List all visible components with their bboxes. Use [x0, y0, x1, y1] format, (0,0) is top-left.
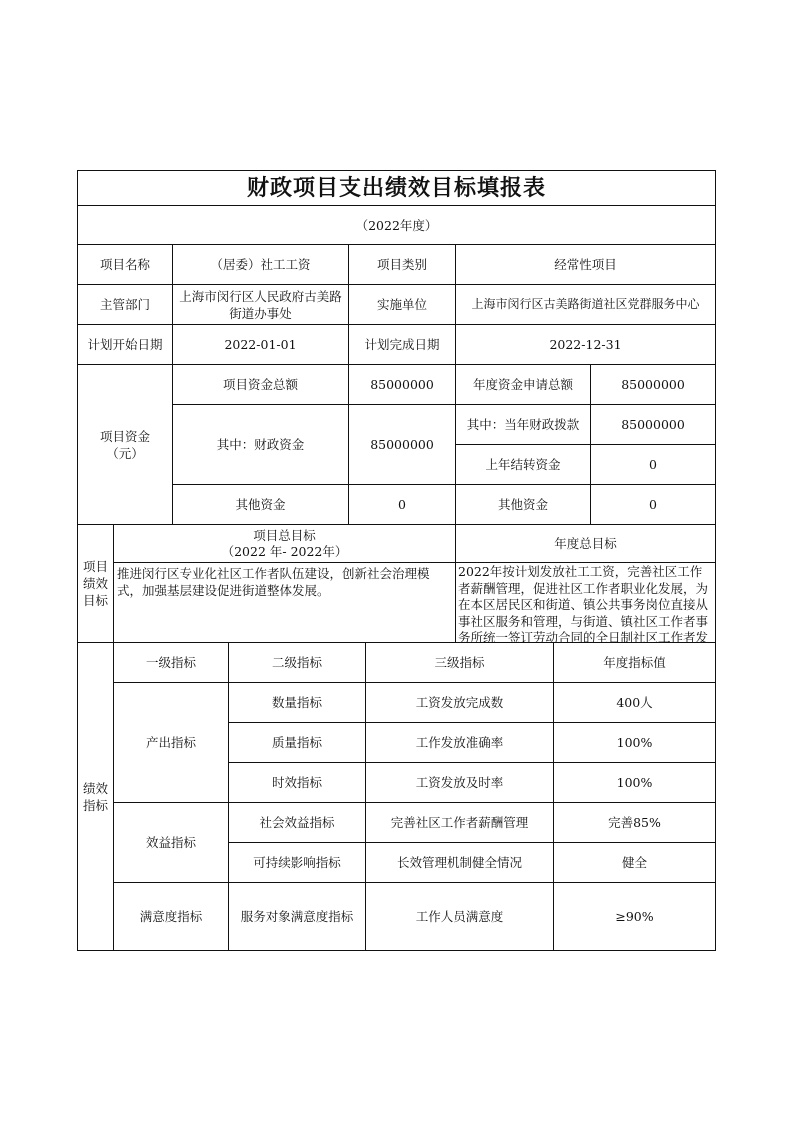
- value-cell: 健全: [553, 842, 716, 883]
- year-label: （2022年度）: [77, 205, 716, 245]
- value-cell: 完善85%: [553, 802, 716, 843]
- level3-cell: 工资发放及时率: [365, 762, 554, 803]
- level2-cell: 社会效益指标: [228, 802, 366, 843]
- goals-section-label: 项目绩效目标: [77, 524, 114, 643]
- annual-request-label: 年度资金申请总额: [455, 364, 591, 405]
- project-name-label: 项目名称: [77, 244, 173, 285]
- overall-goal-text: 推进闵行区专业化社区工作者队伍建设，创新社会治理模式，加强基层建设促进街道整体发…: [113, 562, 456, 643]
- level2-cell: 服务对象满意度指标: [228, 882, 366, 951]
- header-level3: 三级指标: [365, 642, 554, 683]
- overall-goal-header: 项目总目标 （2022 年- 2022年）: [113, 524, 456, 563]
- impl-value: 上海市闵行区古美路街道社区党群服务中心: [455, 284, 716, 325]
- annual-goal-header: 年度总目标: [455, 524, 716, 563]
- dept-value: 上海市闵行区人民政府古美路街道办事处: [172, 284, 349, 325]
- performance-target-form: 财政项目支出绩效目标填报表 （2022年度） 项目名称 （居委）社工工资 项目类…: [0, 0, 793, 1122]
- level3-cell: 工资发放完成数: [365, 682, 554, 723]
- start-date-label: 计划开始日期: [77, 324, 173, 365]
- header-level2: 二级指标: [228, 642, 366, 683]
- start-date-value: 2022-01-01: [172, 324, 349, 365]
- end-date-value: 2022-12-31: [455, 324, 716, 365]
- level3-cell: 工作发放准确率: [365, 722, 554, 763]
- project-type-value: 经常性项目: [455, 244, 716, 285]
- level3-cell: 工作人员满意度: [365, 882, 554, 951]
- total-funding-label: 项目资金总额: [172, 364, 349, 405]
- other-funding-label-2: 其他资金: [455, 484, 591, 525]
- level2-cell: 数量指标: [228, 682, 366, 723]
- funding-section-label: 项目资金 （元）: [77, 364, 173, 525]
- level1-output: 产出指标: [113, 682, 229, 803]
- value-cell: 100%: [553, 722, 716, 763]
- other-funding-value-2: 0: [590, 484, 716, 525]
- total-funding-value: 85000000: [348, 364, 456, 405]
- carryover-label: 上年结转资金: [455, 444, 591, 485]
- fiscal-funding-label: 其中：财政资金: [172, 404, 349, 485]
- current-fiscal-value: 85000000: [590, 404, 716, 445]
- value-cell: 400人: [553, 682, 716, 723]
- other-funding-value: 0: [348, 484, 456, 525]
- end-date-label: 计划完成日期: [348, 324, 456, 365]
- value-cell: ≥90%: [553, 882, 716, 951]
- level2-cell: 可持续影响指标: [228, 842, 366, 883]
- impl-label: 实施单位: [348, 284, 456, 325]
- header-level1: 一级指标: [113, 642, 229, 683]
- other-funding-label: 其他资金: [172, 484, 349, 525]
- level3-cell: 完善社区工作者薪酬管理: [365, 802, 554, 843]
- form-title: 财政项目支出绩效目标填报表: [77, 170, 716, 206]
- value-cell: 100%: [553, 762, 716, 803]
- level3-cell: 长效管理机制健全情况: [365, 842, 554, 883]
- level2-cell: 质量指标: [228, 722, 366, 763]
- annual-request-value: 85000000: [590, 364, 716, 405]
- project-type-label: 项目类别: [348, 244, 456, 285]
- current-fiscal-label: 其中：当年财政拨款: [455, 404, 591, 445]
- annual-goal-text: 2022年按计划发放社工工资，完善社区工作者薪酬管理，促进社区工作者职业化发展，…: [455, 562, 716, 643]
- fiscal-funding-value: 85000000: [348, 404, 456, 485]
- project-name-value: （居委）社工工资: [172, 244, 349, 285]
- dept-label: 主管部门: [77, 284, 173, 325]
- header-annual-value: 年度指标值: [553, 642, 716, 683]
- indicators-section-label: 绩效指标: [77, 642, 114, 951]
- carryover-value: 0: [590, 444, 716, 485]
- level2-cell: 时效指标: [228, 762, 366, 803]
- level1-satisfaction: 满意度指标: [113, 882, 229, 951]
- level1-benefit: 效益指标: [113, 802, 229, 883]
